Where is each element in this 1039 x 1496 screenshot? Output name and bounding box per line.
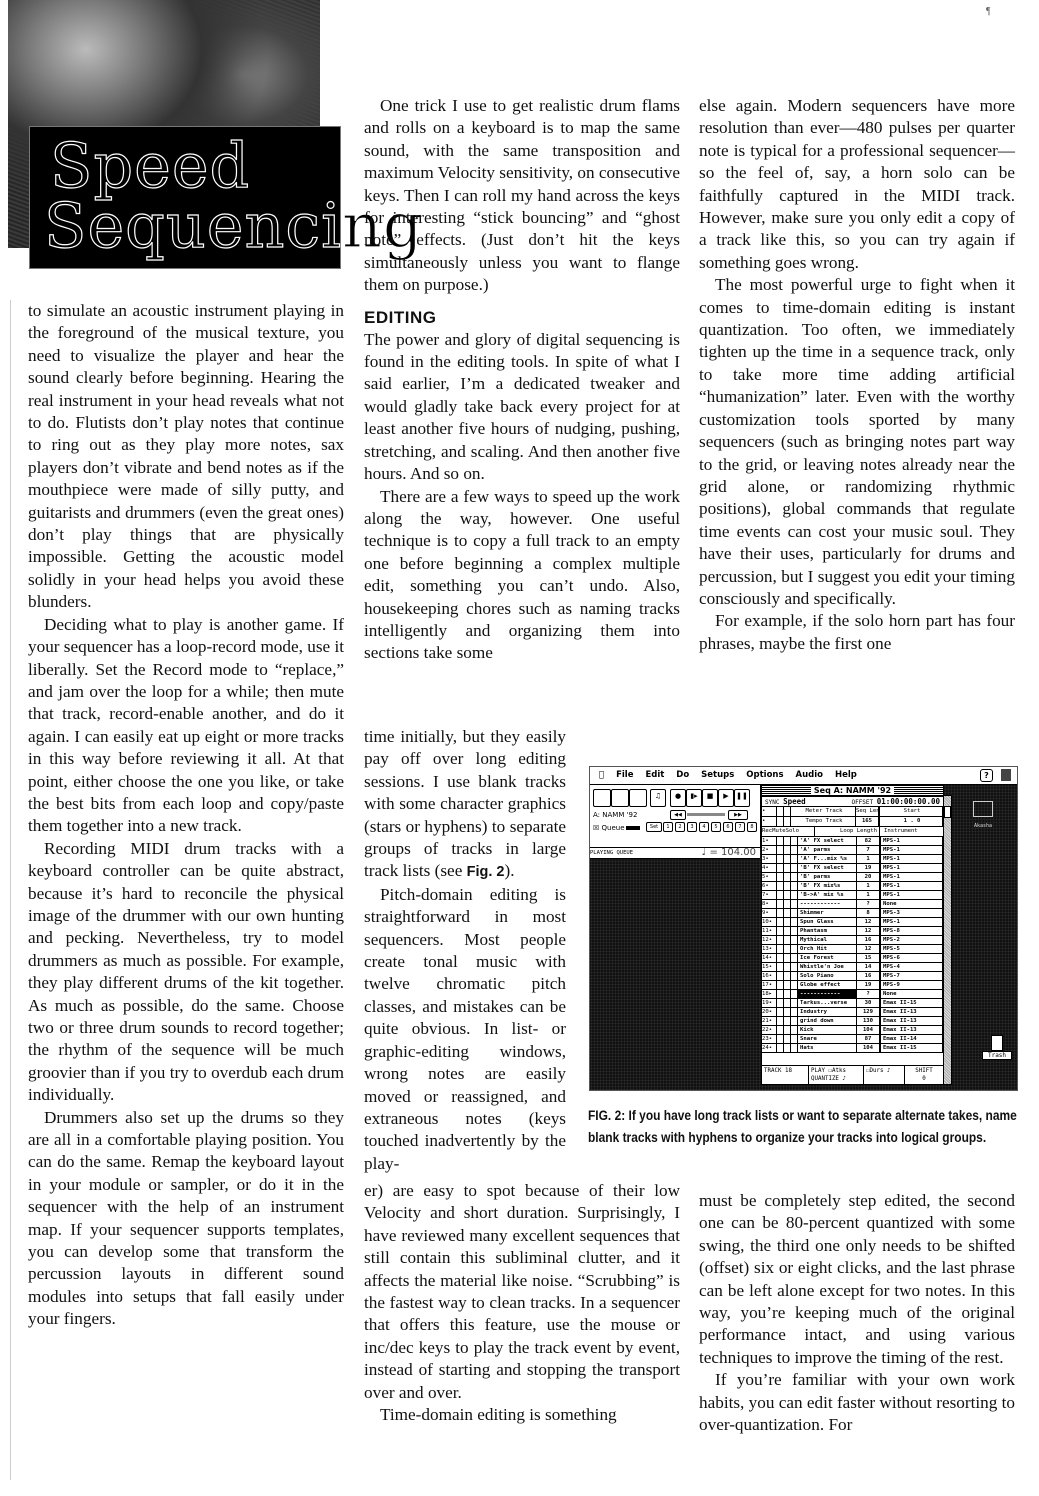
column-3-bottom: must be completely step edited, the seco… bbox=[699, 1190, 1015, 1436]
solo-toggle[interactable] bbox=[791, 918, 798, 926]
track-name[interactable]: Phantasm bbox=[798, 927, 857, 935]
instrument[interactable]: MPS-7 bbox=[881, 972, 943, 980]
track-row[interactable]: 22•Kick104Emax II-13 bbox=[762, 1026, 943, 1035]
paragraph: The power and glory of digital sequencin… bbox=[364, 329, 680, 486]
track-name[interactable]: Globe effect bbox=[798, 981, 857, 989]
track-number: 8• bbox=[762, 900, 777, 908]
solo-toggle[interactable] bbox=[791, 837, 798, 845]
paragraph: Deciding what to play is another game. I… bbox=[28, 614, 344, 838]
paragraph: Pitch-domain editing is straightforward … bbox=[364, 884, 566, 1175]
track-name[interactable]: Spun Glass bbox=[798, 918, 857, 926]
mute-toggle[interactable] bbox=[784, 1008, 791, 1016]
corner-mark: ¶ bbox=[986, 6, 991, 17]
help-icon[interactable]: ? bbox=[980, 769, 993, 782]
track-name[interactable]: ------------ bbox=[798, 990, 857, 998]
record-toggle[interactable] bbox=[777, 909, 784, 917]
record-toggle[interactable] bbox=[777, 918, 784, 926]
track-row[interactable]: 23•Snare87Emax II-14 bbox=[762, 1035, 943, 1044]
figure-caption: FIG. 2: If you have long track lists or … bbox=[588, 1105, 1017, 1149]
record-toggle[interactable] bbox=[777, 846, 784, 854]
fader-icon[interactable] bbox=[611, 789, 629, 807]
menu-options[interactable]: Options bbox=[746, 770, 783, 780]
instrument[interactable]: MPS-1 bbox=[881, 891, 943, 899]
track-row[interactable]: 13•Orch Hit12MPS-5 bbox=[762, 945, 943, 954]
loop-length[interactable]: 130 bbox=[857, 1017, 881, 1025]
solo-toggle[interactable] bbox=[791, 981, 798, 989]
queue-checkbox[interactable]: ☒ Queue bbox=[593, 824, 625, 832]
sync-offset-row: SYNC Speed OFFSET 01:00:00:00.00 bbox=[762, 797, 943, 807]
loop-length[interactable]: 30 bbox=[857, 999, 881, 1007]
play-button[interactable]: ▶ bbox=[718, 789, 734, 807]
track-name[interactable]: Ice Forest bbox=[798, 954, 857, 962]
track-number: 24• bbox=[762, 1044, 777, 1052]
solo-toggle[interactable] bbox=[791, 1035, 798, 1043]
control-panel: ♫ ● ▮▸ ■ ▶ ❚❚ A: NAMM '92 ◀◀ ▶▶ ☒ Queue … bbox=[590, 785, 761, 848]
instrument[interactable]: Emax II-15 bbox=[881, 1044, 943, 1052]
quantize-footer: TRACK 18 PLAY ☐AtksQUANTIZE ♪ ☐Durs ♪ SH… bbox=[762, 1065, 943, 1084]
record-toggle[interactable] bbox=[777, 990, 784, 998]
paragraph: must be completely step edited, the seco… bbox=[699, 1190, 1015, 1369]
record-arm-icon[interactable] bbox=[629, 789, 647, 807]
loop-length[interactable]: 12 bbox=[857, 918, 881, 926]
instrument[interactable]: MPS-5 bbox=[881, 945, 943, 953]
application-icon[interactable] bbox=[1001, 769, 1011, 781]
solo-toggle[interactable] bbox=[791, 909, 798, 917]
paragraph: time initially, but they easily pay off … bbox=[364, 726, 566, 884]
column-1: to simulate an acoustic instrument playi… bbox=[28, 300, 344, 1331]
mute-toggle[interactable] bbox=[784, 999, 791, 1007]
vertical-scrollbar[interactable] bbox=[943, 795, 952, 1085]
queue-slot[interactable]: 6 bbox=[723, 822, 733, 832]
track-name[interactable]: Solo Piano bbox=[798, 972, 857, 980]
record-toggle[interactable] bbox=[777, 837, 784, 845]
track-row[interactable]: 4•'B' FX select19MPS-1 bbox=[762, 864, 943, 873]
queue-bar bbox=[626, 826, 640, 830]
track-row[interactable]: 7•'B->A' mix %s1MPS-1 bbox=[762, 891, 943, 900]
track-number: 3• bbox=[762, 855, 777, 863]
mute-toggle[interactable] bbox=[784, 972, 791, 980]
title-box: Speed Sequencing bbox=[29, 126, 341, 269]
paragraph: Recording MIDI drum tracks with a keyboa… bbox=[28, 838, 344, 1107]
mute-toggle[interactable] bbox=[784, 1017, 791, 1025]
menu-setups[interactable]: Setups bbox=[701, 770, 734, 780]
track-number: 7• bbox=[762, 891, 777, 899]
track-number: 11• bbox=[762, 927, 777, 935]
track-number: 19• bbox=[762, 999, 777, 1007]
track-name[interactable]: Snare bbox=[798, 1035, 857, 1043]
apple-menu-icon[interactable]:  bbox=[599, 770, 604, 780]
track-number: 5• bbox=[762, 873, 777, 881]
instrument[interactable]: Emax II-15 bbox=[881, 999, 943, 1007]
paragraph: One trick I use to get realistic drum fl… bbox=[364, 95, 680, 297]
instrument[interactable]: None bbox=[881, 990, 943, 998]
mute-toggle[interactable] bbox=[784, 954, 791, 962]
record-toggle[interactable] bbox=[777, 1026, 784, 1034]
mute-toggle[interactable] bbox=[784, 855, 791, 863]
column-rule bbox=[10, 300, 11, 1480]
track-name[interactable]: grind down bbox=[798, 1017, 857, 1025]
record-toggle[interactable] bbox=[777, 936, 784, 944]
mute-toggle[interactable] bbox=[784, 936, 791, 944]
track-name[interactable]: Mythical bbox=[798, 936, 857, 944]
instrument[interactable]: MPS-4 bbox=[881, 963, 943, 971]
paragraph: Drummers also set up the drums so they a… bbox=[28, 1107, 344, 1331]
loop-length[interactable]: 1 bbox=[857, 891, 881, 899]
solo-toggle[interactable] bbox=[791, 1008, 798, 1016]
loop-length[interactable]: 1 bbox=[857, 855, 881, 863]
track-number: 21• bbox=[762, 1017, 777, 1025]
paragraph: The most powerful urge to fight when it … bbox=[699, 274, 1015, 610]
loop-length[interactable]: 12 bbox=[857, 945, 881, 953]
queue-slot[interactable]: 5 bbox=[711, 822, 721, 832]
tempo-display[interactable]: ♩ = 104.00 bbox=[665, 848, 760, 858]
record-toggle[interactable] bbox=[777, 900, 784, 908]
mute-toggle[interactable] bbox=[784, 900, 791, 908]
instrument[interactable]: MPS-8 bbox=[881, 927, 943, 935]
paragraph: There are a few ways to speed up the wor… bbox=[364, 486, 680, 665]
track-name[interactable]: Orch Hit bbox=[798, 945, 857, 953]
track-row[interactable]: 20•Industry129Emax II-13 bbox=[762, 1008, 943, 1017]
instrument[interactable]: MPS-1 bbox=[881, 846, 943, 854]
instrument[interactable]: MPS-1 bbox=[881, 918, 943, 926]
record-toggle[interactable] bbox=[777, 882, 784, 890]
track-row[interactable]: 9•Shimmer8MPS-3 bbox=[762, 909, 943, 918]
queue-slot[interactable]: 7 bbox=[735, 822, 745, 832]
track-name[interactable]: ------------ bbox=[798, 900, 857, 908]
seq-length[interactable]: 165 bbox=[856, 817, 880, 826]
mute-toggle[interactable] bbox=[784, 1044, 791, 1052]
menu-file[interactable]: File bbox=[616, 770, 633, 780]
track-name[interactable]: 'B' FX select bbox=[798, 864, 857, 872]
track-row[interactable]: 21•grind down130Emax II-13 bbox=[762, 1017, 943, 1026]
mute-toggle[interactable] bbox=[784, 846, 791, 854]
instrument[interactable]: MPS-1 bbox=[881, 855, 943, 863]
record-toggle[interactable] bbox=[777, 981, 784, 989]
meter-track-row[interactable]: • Meter Track Seq Len Start bbox=[762, 807, 943, 817]
solo-toggle[interactable] bbox=[791, 954, 798, 962]
queue-slot[interactable]: 8 bbox=[747, 822, 757, 832]
mute-toggle[interactable] bbox=[784, 1035, 791, 1043]
paragraph: For example, if the solo horn part has f… bbox=[699, 610, 1015, 655]
figure-2-screenshot:  File Edit Do Setups Options Audio Help… bbox=[589, 766, 1018, 1091]
instrument[interactable]: MPS-6 bbox=[881, 954, 943, 962]
track-row[interactable]: 12•Mythical16MPS-2 bbox=[762, 936, 943, 945]
record-toggle[interactable] bbox=[777, 891, 784, 899]
track-number: 13• bbox=[762, 945, 777, 953]
record-toggle[interactable] bbox=[777, 1017, 784, 1025]
loop-length[interactable]: 12 bbox=[857, 927, 881, 935]
mute-toggle[interactable] bbox=[784, 981, 791, 989]
start-value[interactable]: 1 . 0 bbox=[880, 817, 943, 826]
instrument[interactable]: MPS-3 bbox=[881, 909, 943, 917]
paragraph: to simulate an acoustic instrument playi… bbox=[28, 300, 344, 614]
record-toggle[interactable] bbox=[777, 1044, 784, 1052]
instrument[interactable]: MPS-1 bbox=[881, 882, 943, 890]
solo-toggle[interactable] bbox=[791, 882, 798, 890]
loop-length[interactable]: 16 bbox=[857, 972, 881, 980]
track-row[interactable]: 15•Whistle'n Joe14MPS-4 bbox=[762, 963, 943, 972]
sequence-name[interactable]: A: NAMM '92 bbox=[593, 811, 637, 819]
mute-toggle[interactable] bbox=[784, 873, 791, 881]
loop-length[interactable]: 15 bbox=[857, 954, 881, 962]
track-list: 1•'A' FX select82MPS-12•'A' parms7MPS-13… bbox=[762, 837, 943, 1053]
mute-toggle[interactable] bbox=[784, 891, 791, 899]
queue-slot[interactable]: 4 bbox=[699, 822, 709, 832]
track-number: 20• bbox=[762, 1008, 777, 1016]
record-toggle[interactable] bbox=[777, 864, 784, 872]
track-row[interactable]: 17•Globe effect19MPS-9 bbox=[762, 981, 943, 990]
attacks-checkbox[interactable]: ☐Atks bbox=[828, 1068, 845, 1074]
record-toggle[interactable] bbox=[777, 873, 784, 881]
track-name[interactable]: 'A' FX select bbox=[798, 837, 857, 845]
durations-checkbox[interactable]: ☐Durs bbox=[866, 1068, 883, 1074]
mute-toggle[interactable] bbox=[784, 963, 791, 971]
column-3-top: else again. Modern sequencers have more … bbox=[699, 95, 1015, 655]
record-toggle[interactable] bbox=[777, 999, 784, 1007]
fast-forward-button[interactable]: ▶▶ bbox=[728, 810, 748, 820]
paragraph: Time-domain editing is something bbox=[364, 1404, 680, 1426]
mute-toggle[interactable] bbox=[784, 945, 791, 953]
loop-length[interactable]: ? bbox=[857, 900, 881, 908]
solo-toggle[interactable] bbox=[791, 999, 798, 1007]
mute-toggle[interactable] bbox=[784, 990, 791, 998]
paragraph: else again. Modern sequencers have more … bbox=[699, 95, 1015, 274]
solo-toggle[interactable] bbox=[791, 900, 798, 908]
instrument[interactable]: Emax II-13 bbox=[881, 1008, 943, 1016]
loop-length[interactable]: 8 bbox=[857, 909, 881, 917]
track-row[interactable]: 18▸------------?None bbox=[762, 990, 943, 999]
solo-toggle[interactable] bbox=[791, 1044, 798, 1052]
record-toggle[interactable] bbox=[777, 945, 784, 953]
instrument[interactable]: MPS-1 bbox=[881, 837, 943, 845]
track-row[interactable]: 6•'B' FX mix%s1MPS-1 bbox=[762, 882, 943, 891]
mute-toggle[interactable] bbox=[784, 918, 791, 926]
queue-slot[interactable]: 2 bbox=[675, 822, 685, 832]
track-name[interactable]: Shimmer bbox=[798, 909, 857, 917]
track-row[interactable]: 1•'A' FX select82MPS-1 bbox=[762, 837, 943, 846]
loop-length[interactable]: 19 bbox=[857, 981, 881, 989]
track-name[interactable]: 'A' F...mix %s bbox=[798, 855, 857, 863]
track-row[interactable]: 14•Ice Forest15MPS-6 bbox=[762, 954, 943, 963]
track-name[interactable]: Kick bbox=[798, 1026, 857, 1034]
track-name[interactable]: 'B' parms bbox=[798, 873, 857, 881]
step-play-button[interactable]: ▮▸ bbox=[686, 789, 702, 807]
stop-button[interactable]: ■ bbox=[702, 789, 718, 807]
record-toggle[interactable] bbox=[777, 927, 784, 935]
loop-length[interactable]: 1 bbox=[857, 882, 881, 890]
note-value-icon[interactable]: ♪ bbox=[842, 1076, 846, 1082]
record-button[interactable]: ● bbox=[670, 789, 686, 807]
instrument[interactable]: MPS-1 bbox=[881, 873, 943, 881]
track-number: 17• bbox=[762, 981, 777, 989]
mute-toggle[interactable] bbox=[784, 837, 791, 845]
track-row[interactable]: 5•'B' parms20MPS-1 bbox=[762, 873, 943, 882]
instrument[interactable]: MPS-9 bbox=[881, 981, 943, 989]
solo-toggle[interactable] bbox=[791, 1017, 798, 1025]
solo-toggle[interactable] bbox=[791, 963, 798, 971]
loop-length[interactable]: 14 bbox=[857, 963, 881, 971]
loop-length[interactable]: 104 bbox=[857, 1026, 881, 1034]
trash-icon[interactable]: Trash bbox=[982, 1035, 1012, 1060]
sequence-window: Seq A: NAMM '92 SYNC Speed OFFSET 01:00:… bbox=[761, 785, 944, 1085]
mute-toggle[interactable] bbox=[784, 927, 791, 935]
set-button[interactable]: Set bbox=[646, 822, 662, 832]
track-row[interactable]: 11•Phantasm12MPS-8 bbox=[762, 927, 943, 936]
track-number: 9• bbox=[762, 909, 777, 917]
loop-length[interactable]: ? bbox=[857, 990, 881, 998]
mute-toggle[interactable] bbox=[784, 1026, 791, 1034]
track-number: 4• bbox=[762, 864, 777, 872]
mute-toggle[interactable] bbox=[784, 882, 791, 890]
column-2-top: One trick I use to get realistic drum fl… bbox=[364, 95, 680, 665]
track-name[interactable]: 'A' parms bbox=[798, 846, 857, 854]
loop-length[interactable]: 129 bbox=[857, 1008, 881, 1016]
column-2-bottom: er) are easy to spot because of their lo… bbox=[364, 1180, 680, 1426]
loop-length[interactable]: 20 bbox=[857, 873, 881, 881]
instrument[interactable]: None bbox=[881, 900, 943, 908]
solo-toggle[interactable] bbox=[791, 936, 798, 944]
menu-edit[interactable]: Edit bbox=[645, 770, 664, 780]
offset-value[interactable]: 01:00:00:00.00 bbox=[877, 797, 940, 806]
solo-toggle[interactable] bbox=[791, 891, 798, 899]
menu-audio[interactable]: Audio bbox=[796, 770, 823, 780]
loop-length[interactable]: 19 bbox=[857, 864, 881, 872]
track-name[interactable]: 'B->A' mix %s bbox=[798, 891, 857, 899]
solo-toggle[interactable] bbox=[791, 990, 798, 998]
track-number: 12• bbox=[762, 936, 777, 944]
solo-toggle[interactable] bbox=[791, 855, 798, 863]
queue-slot[interactable]: 1 bbox=[663, 822, 673, 832]
track-number: 6• bbox=[762, 882, 777, 890]
record-toggle[interactable] bbox=[777, 963, 784, 971]
figure-reference[interactable]: Fig. 2 bbox=[467, 864, 505, 880]
track-number: 15• bbox=[762, 963, 777, 971]
position-slider[interactable] bbox=[687, 813, 725, 816]
instrument[interactable]: Emax II-14 bbox=[881, 1035, 943, 1043]
record-toggle[interactable] bbox=[777, 855, 784, 863]
notes-icon[interactable]: ♫ bbox=[650, 789, 666, 807]
tempo-track-row[interactable]: • Tempo Track 165 1 . 0 bbox=[762, 817, 943, 827]
instrument[interactable]: Emax II-13 bbox=[881, 1026, 943, 1034]
instrument[interactable]: MPS-2 bbox=[881, 936, 943, 944]
scroll-thumb[interactable] bbox=[944, 806, 951, 818]
solo-toggle[interactable] bbox=[791, 945, 798, 953]
solo-toggle[interactable] bbox=[791, 864, 798, 872]
track-number: 16• bbox=[762, 972, 777, 980]
column-2-narrow: time initially, but they easily pay off … bbox=[364, 726, 566, 1175]
track-name[interactable]: Industry bbox=[798, 1008, 857, 1016]
track-row[interactable]: 16•Solo Piano16MPS-7 bbox=[762, 972, 943, 981]
track-number: 1• bbox=[762, 837, 777, 845]
track-row[interactable]: 3•'A' F...mix %s1MPS-1 bbox=[762, 855, 943, 864]
solo-toggle[interactable] bbox=[791, 846, 798, 854]
track-name[interactable]: Hats bbox=[798, 1044, 857, 1052]
instrument[interactable]: Emax II-13 bbox=[881, 1017, 943, 1025]
track-number: 10• bbox=[762, 918, 777, 926]
track-list-header: RecMuteSolo Loop Length Instrument bbox=[762, 827, 943, 837]
menu-help[interactable]: Help bbox=[835, 770, 857, 780]
track-row[interactable]: 10•Spun Glass12MPS-1 bbox=[762, 918, 943, 927]
paragraph: er) are easy to spot because of their lo… bbox=[364, 1180, 680, 1404]
loop-length[interactable]: 16 bbox=[857, 936, 881, 944]
counter-icon[interactable] bbox=[593, 789, 611, 807]
mute-toggle[interactable] bbox=[784, 864, 791, 872]
menu-bar:  File Edit Do Setups Options Audio Help… bbox=[590, 767, 1017, 785]
track-name[interactable]: 'B' FX mix%s bbox=[798, 882, 857, 890]
window-title-bar[interactable]: Seq A: NAMM '92 bbox=[762, 786, 943, 797]
loop-length[interactable]: 87 bbox=[857, 1035, 881, 1043]
track-name[interactable]: Tarkus...verse bbox=[798, 999, 857, 1007]
instrument[interactable]: MPS-1 bbox=[881, 864, 943, 872]
track-row[interactable]: 2•'A' parms7MPS-1 bbox=[762, 846, 943, 855]
note-value-icon[interactable]: ♪ bbox=[887, 1068, 891, 1074]
solo-toggle[interactable] bbox=[791, 972, 798, 980]
track-number: 2• bbox=[762, 846, 777, 854]
solo-toggle[interactable] bbox=[791, 927, 798, 935]
track-number: 14• bbox=[762, 954, 777, 962]
track-number: 23• bbox=[762, 1035, 777, 1043]
pause-button[interactable]: ❚❚ bbox=[734, 789, 750, 807]
mute-toggle[interactable] bbox=[784, 909, 791, 917]
record-toggle[interactable] bbox=[777, 954, 784, 962]
record-toggle[interactable] bbox=[777, 1035, 784, 1043]
solo-toggle[interactable] bbox=[791, 1026, 798, 1034]
sync-value[interactable]: Speed bbox=[783, 797, 806, 806]
loop-length[interactable]: 104 bbox=[857, 1044, 881, 1052]
track-number: 18▸ bbox=[762, 990, 777, 998]
track-number: 22• bbox=[762, 1026, 777, 1034]
selected-track: 18 bbox=[785, 1068, 792, 1074]
queue-slot[interactable]: 3 bbox=[687, 822, 697, 832]
desktop-disk-icon[interactable]: Akasha bbox=[968, 801, 998, 829]
rewind-button[interactable]: ◀◀ bbox=[670, 810, 686, 820]
record-toggle[interactable] bbox=[777, 972, 784, 980]
loop-length[interactable]: 82 bbox=[857, 837, 881, 845]
track-row[interactable]: 19•Tarkus...verse30Emax II-15 bbox=[762, 999, 943, 1008]
section-heading: EDITING bbox=[364, 307, 680, 329]
paragraph: If you’re familiar with your own work ha… bbox=[699, 1369, 1015, 1436]
record-toggle[interactable] bbox=[777, 1008, 784, 1016]
loop-length[interactable]: 7 bbox=[857, 846, 881, 854]
menu-do[interactable]: Do bbox=[676, 770, 689, 780]
track-name[interactable]: Whistle'n Joe bbox=[798, 963, 857, 971]
shift-value[interactable]: 0 bbox=[922, 1076, 926, 1082]
track-row[interactable]: 24•Hats104Emax II-15 bbox=[762, 1044, 943, 1053]
track-row[interactable]: 8•------------?None bbox=[762, 900, 943, 909]
queue-slots: 1 2 3 4 5 6 7 8 bbox=[663, 822, 757, 832]
solo-toggle[interactable] bbox=[791, 873, 798, 881]
